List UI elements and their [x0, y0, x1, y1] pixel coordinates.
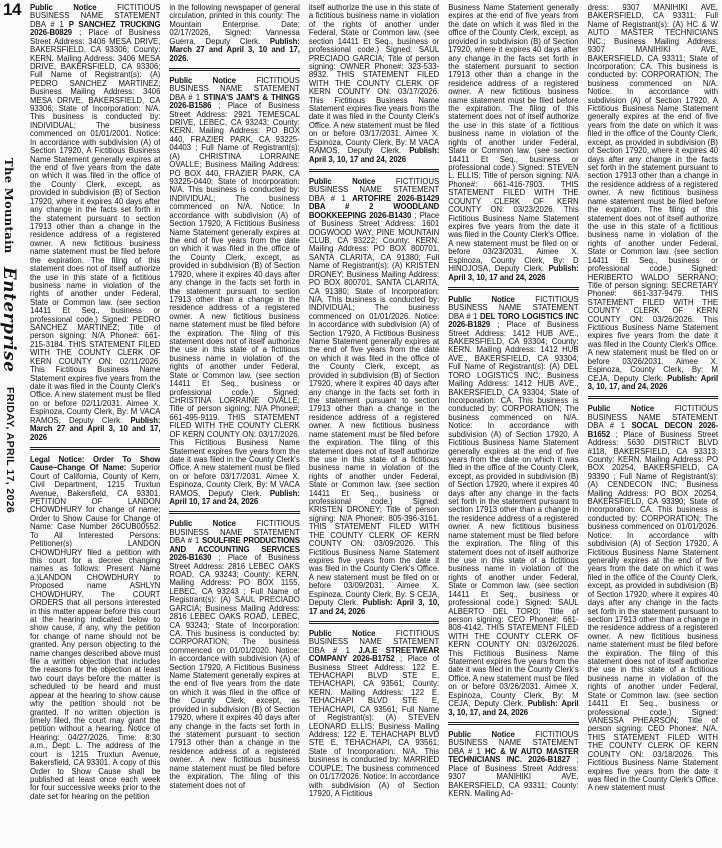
- notice-separator-rule: [169, 511, 299, 514]
- masthead-spacer: [2, 258, 16, 262]
- text-column-5: dress: 9307 MANIHIKI AVE, BAKERSFIELD, C…: [588, 4, 718, 848]
- fbn-notice-stinas-jams-and-things: Public Notice FICTITIOUS BUSINESS NAME S…: [169, 77, 299, 507]
- fbn-notice-jae-streetwear: Public Notice FICTITIOUS BUSINESS NAME S…: [309, 630, 439, 798]
- fbn-notice-socal-decon: Public Notice FICTITIOUS BUSINESS NAME S…: [588, 405, 718, 792]
- notice-separator-rule: [309, 169, 439, 172]
- fbn-notice-del-toro-logistics: Public Notice FICTITIOUS BUSINESS NAME S…: [448, 296, 578, 717]
- fbn-notice-hcw-auto-master-technicians: Public Notice FICTITIOUS BUSINESS NAME S…: [448, 731, 578, 798]
- newspaper-legal-notices-page: 14 The Mountain Enterprise FRIDAY, APRIL…: [0, 0, 722, 848]
- notice-body-text: ; Place of Business Street Address: 2921…: [169, 101, 299, 497]
- notice-separator-rule: [448, 722, 578, 725]
- notice-body-text: ; Place of Business Street Address: 2816…: [169, 553, 299, 789]
- masthead: The Mountain Enterprise: [0, 158, 19, 373]
- fbn-notice-soulfire-productions-continued: itself authorize the use in this state o…: [309, 4, 439, 164]
- notice-body-text: Business Name Statement generally expire…: [448, 4, 578, 273]
- notice-separator-rule: [588, 396, 718, 399]
- notice-body-text: ; Place of Business Street Address: 5630…: [588, 430, 718, 793]
- notice-body-text: itself authorize the use in this state o…: [309, 4, 439, 155]
- masthead-enterprise: Enterprise: [0, 267, 19, 373]
- notice-body-text: ; Place of Business Street Address: 3406…: [30, 28, 160, 424]
- notice-separator-rule: [169, 68, 299, 71]
- notice-separator-rule: [448, 287, 578, 290]
- text-column-4: Business Name Statement generally expire…: [448, 4, 578, 848]
- fbn-notice-hcw-auto-master-technicians-continued: dress: 9307 MANIHIKI AVE, BAKERSFIELD, C…: [588, 4, 718, 391]
- legal-notice-change-of-name: Legal Notice: Order To Show Cause–Change…: [30, 456, 160, 801]
- text-column-3: itself authorize the use in this state o…: [309, 4, 439, 848]
- notice-separator-rule: [309, 621, 439, 624]
- edition-dateline: FRIDAY, APRIL 17, 2026: [4, 387, 16, 513]
- notice-body-text: ; Place of Business Street Address: 122 …: [309, 654, 439, 798]
- fbn-notice-artofire-woodland-bookkeeping: Public Notice FICTITIOUS BUSINESS NAME S…: [309, 178, 439, 616]
- notice-separator-rule: [30, 447, 160, 450]
- masthead-the-mountain: The Mountain: [2, 158, 16, 254]
- fbn-notice-soulfire-productions: Public Notice FICTITIOUS BUSINESS NAME S…: [169, 520, 299, 790]
- legal-notice-change-of-name-continued: in the following newspaper of general ci…: [169, 4, 299, 63]
- fbn-notice-jae-streetwear-continued: Business Name Statement generally expire…: [448, 4, 578, 282]
- notice-body-text: dress: 9307 MANIHIKI AVE, BAKERSFIELD, C…: [588, 4, 718, 383]
- notice-columns: Public Notice FICTITIOUS BUSINESS NAME S…: [30, 4, 718, 848]
- notice-body-text: ; Place of Business Street Address: 1412…: [448, 320, 578, 708]
- text-column-1: Public Notice FICTITIOUS BUSINESS NAME S…: [30, 4, 160, 848]
- notice-body-text: Superior Court of California, County of …: [30, 463, 160, 800]
- fbn-notice-p-sanchez-trucking: Public Notice FICTITIOUS BUSINESS NAME S…: [30, 4, 160, 442]
- notice-body-text: ; Place of Business Street Address: 1601…: [309, 211, 439, 607]
- text-column-2: in the following newspaper of general ci…: [169, 4, 299, 848]
- page-number: 14: [3, 0, 21, 20]
